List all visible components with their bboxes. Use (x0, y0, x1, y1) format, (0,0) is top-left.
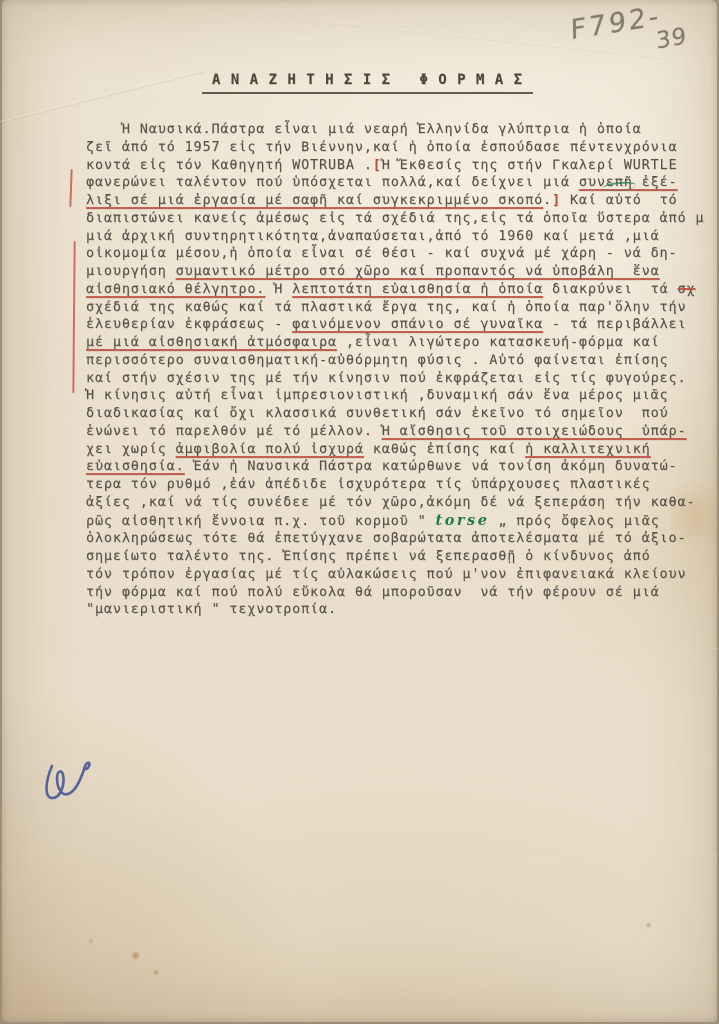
document-header: Α Ν Α Ζ Η Τ Η Σ Ι Σ Φ Ο Ρ Μ Α Σ (0, 69, 719, 94)
paper-crease (472, 853, 719, 869)
text-segment: Ἡ Ναυσικά.Πάστρα εἶναι μιά νεαρή Ἑλληνίδ… (86, 122, 642, 137)
text-line: διαπιστώνει κανείς ἀμέσως εἰς τά σχέδιά … (86, 210, 711, 228)
annotated-text-segment: torse (436, 512, 490, 529)
body-text: Ἡ Ναυσικά.Πάστρα εἶναι μιά νεαρή Ἑλληνίδ… (86, 121, 711, 619)
text-line: μιά ἀρχική συντηρητικότητα,ἀναπαύσεται,ἀ… (86, 228, 711, 246)
text-segment: ἀξίες ,καί νά τίς συνέδεε μέ τόν χῶρο,ἀκ… (86, 495, 695, 510)
text-line: ὁλοκληρώσεως τότε θά ἐπετύγχανε σοβαρώτα… (86, 530, 711, 548)
text-segment: σημείωτο ταλέντο της. Ἐπίσης πρέπει νά ξ… (86, 549, 651, 564)
text-segment: "μανιεριστική " τεχνοτροπία. (86, 602, 337, 617)
text-line: τερα τόν ρυθμό ,ἐάν ἀπέδιδε ἰσχυρότερα τ… (86, 476, 711, 494)
text-segment: καθώς ἐπίσης καί (364, 442, 525, 457)
text-segment: Ἡ κίνησις αὐτή εἶναι ἰμπρεσιονιστική ,δυ… (86, 388, 669, 403)
text-segment: καί στήν σχέσιν της μέ τήν κίνησιν πού ἐ… (86, 371, 686, 386)
text-segment: τόν τρόπον ἐργασίας μέ τίς αὐλακώσεις πο… (86, 567, 686, 582)
annotated-text-segment: [ (373, 158, 382, 173)
foxing-stain (645, 922, 652, 928)
text-line: ἐλευθερίαν ἐκφράσεως - φαινόμενον σπάνιο… (86, 316, 711, 334)
text-segment: φανερώνει ταλέντον πού ὑπόσχεται πολλά,κ… (86, 175, 579, 190)
foxing-stain (88, 938, 94, 944)
text-segment: διαδικασίας καί ὄχι κλασσικά συνθετική σ… (86, 406, 669, 421)
text-line: διαδικασίας καί ὄχι κλασσικά συνθετική σ… (86, 405, 711, 423)
handwritten-sheet-number: 39 (655, 23, 688, 55)
annotated-text-segment: ἡ καλλιτεχνική (525, 442, 650, 457)
text-line: οἰκομομία μέσου,ἡ ὁποία εἶναι σέ θέσι - … (86, 245, 711, 263)
text-segment: ζεῖ ἀπό τό 1957 εἰς τήν Βιέννην,καί ἡ ὁπ… (86, 140, 677, 155)
text-segment: „ πρός ὄφελος μιᾶς (489, 514, 659, 529)
text-segment: διαπιστώνει κανείς ἀμέσως εἰς τά σχέδιά … (86, 211, 704, 226)
text-line: ζεῖ ἀπό τό 1957 εἰς τήν Βιέννην,καί ἡ ὁπ… (86, 139, 711, 157)
text-segment: κοντά εἰς τόν Καθηγητή WOTRUBA . (86, 158, 373, 173)
annotated-text-segment: ] (552, 193, 561, 208)
blue-pen-scribble-icon (36, 752, 110, 818)
text-segment: Ἡ Ἔκθεσίς της στήν Γκαλερί WURTLE (382, 158, 678, 173)
text-segment: περισσότερο συναισθηματική-αὐθόρμητη φύσ… (86, 353, 669, 368)
text-line: αἰσθησιακό θέλγητρο. Ἡ λεπτοτάτη εὐαισθη… (86, 281, 711, 299)
text-line: λιξι σέ μιά ἐργασία μέ σαφῆ καί συγκεκρι… (86, 192, 711, 210)
annotated-text-segment: σχ (678, 282, 696, 297)
text-line: ρῶς αἰσθητική ἔννοια π.χ. τοῦ κορμοῦ " t… (86, 512, 711, 531)
text-segment: - τά περιβάλλει (543, 317, 686, 332)
text-segment: οἰκομομία μέσου,ἡ ὁποία εἶναι σέ θέσι - … (86, 246, 677, 261)
text-segment: ἐλευθερίαν ἐκφράσεως - (86, 317, 292, 332)
annotated-text-segment: φαινόμενον σπάνιο σέ γυναῖκα (292, 317, 543, 332)
text-segment: χει χωρίς (86, 442, 176, 457)
text-segment: Καί αὐτό τό (561, 193, 678, 208)
text-line: καί στήν σχέσιν της μέ τήν κίνησιν πού ἐ… (86, 370, 711, 388)
text-line: κοντά εἰς τόν Καθηγητή WOTRUBA .[Ἡ Ἔκθεσ… (86, 157, 711, 175)
text-line: Ἡ κίνησις αὐτή εἶναι ἰμπρεσιονιστική ,δυ… (86, 387, 711, 405)
annotated-text-segment: λεπτοτάτη εὐαισθησία ἡ ὁποία (292, 282, 543, 297)
annotated-text-segment: ἀμφιβολία πολύ ἰσχυρά (176, 442, 364, 457)
text-segment: ὁλοκληρώσεως τότε θά ἐπετύγχανε σοβαρώτα… (86, 531, 686, 546)
text-segment: ρῶς αἰσθητική ἔννοια π.χ. τοῦ κορμοῦ " (86, 514, 436, 529)
text-segment: ,εἶναι λιγώτερο κατασκευή-φόρμα καί (337, 335, 660, 350)
text-line: χει χωρίς ἀμφιβολία πολύ ἰσχυρά καθώς ἐπ… (86, 441, 711, 459)
text-line: περισσότερο συναισθηματική-αὐθόρμητη φύσ… (86, 352, 711, 370)
text-segment: τήν φόρμα καί πού πολύ εὔκολα θά μποροῦσ… (86, 585, 660, 600)
text-segment: μιά ἀρχική συντηρητικότητα,ἀναπαύσεται,ἀ… (86, 229, 660, 244)
text-segment: . (543, 193, 552, 208)
text-line: σχέδιά της καθώς καί τά πλαστικά ἔργα τη… (86, 299, 711, 317)
annotated-text-segment: συνεπῆ (579, 175, 633, 190)
text-segment: Ἐάν ἡ Ναυσικά Πάστρα κατώρθωνε νά τονίση… (185, 459, 678, 474)
text-line: Ἡ Ναυσικά.Πάστρα εἶναι μιά νεαρή Ἑλληνίδ… (86, 121, 711, 139)
foxing-stain (152, 969, 160, 976)
annotated-text-segment: εὐαισθησία. (86, 459, 185, 474)
paper-crease (2, 648, 719, 650)
annotated-text-segment: αἰσθησιακό θέλγητρο. (86, 282, 265, 297)
text-segment: διακρύνει τά (543, 282, 677, 297)
text-line: ἀξίες ,καί νά τίς συνέδεε μέ τόν χῶρο,ἀκ… (86, 494, 711, 512)
text-line: μέ μιά αἰσθησιακή ἀτμόσφαιρα ,εἶναι λιγώ… (86, 334, 711, 352)
annotated-text-segment: μέ μιά αἰσθησιακή ἀτμόσφαιρα (86, 335, 337, 350)
text-segment: Ἡ (265, 282, 292, 297)
annotated-text-segment: ἐξέ- (633, 175, 678, 190)
text-segment: μιουργήση (86, 264, 176, 279)
annotated-text-segment: Ἡ αἴσθησις τοῦ στοιχειώδους ὑπάρ- (382, 424, 687, 439)
text-line: μιουργήση συμαντικό μέτρο στό χῶρο καί π… (86, 263, 711, 281)
foxing-stain (130, 951, 141, 960)
text-segment: σχέδιά της καθώς καί τά πλαστικά ἔργα τη… (86, 300, 686, 315)
text-line: φανερώνει ταλέντον πού ὑπόσχεται πολλά,κ… (86, 174, 711, 192)
text-segment: τερα τόν ρυθμό ,ἐάν ἀπέδιδε ἰσχυρότερα τ… (86, 477, 651, 492)
page-title: Α Ν Α Ζ Η Τ Η Σ Ι Σ Φ Ο Ρ Μ Α Σ (202, 72, 533, 94)
text-line: "μανιεριστική " τεχνοτροπία. (86, 601, 711, 619)
text-segment: ἑνώνει τό παρελθόν μέ τό μέλλον. (86, 424, 382, 439)
annotated-text-segment: λιξι σέ μιά ἐργασία μέ σαφῆ καί συγκεκρι… (86, 193, 543, 208)
text-line: σημείωτο ταλέντο της. Ἐπίσης πρέπει νά ξ… (86, 548, 711, 566)
text-line: εὐαισθησία. Ἐάν ἡ Ναυσικά Πάστρα κατώρθω… (86, 458, 711, 476)
text-line: ἑνώνει τό παρελθόν μέ τό μέλλον. Ἡ αἴσθη… (86, 423, 711, 441)
text-line: τήν φόρμα καί πού πολύ εὔκολα θά μποροῦσ… (86, 584, 711, 602)
annotated-text-segment: συμαντικό μέτρο στό χῶρο καί προπαντός ν… (176, 264, 660, 279)
text-line: τόν τρόπον ἐργασίας μέ τίς αὐλακώσεις πο… (86, 566, 711, 584)
